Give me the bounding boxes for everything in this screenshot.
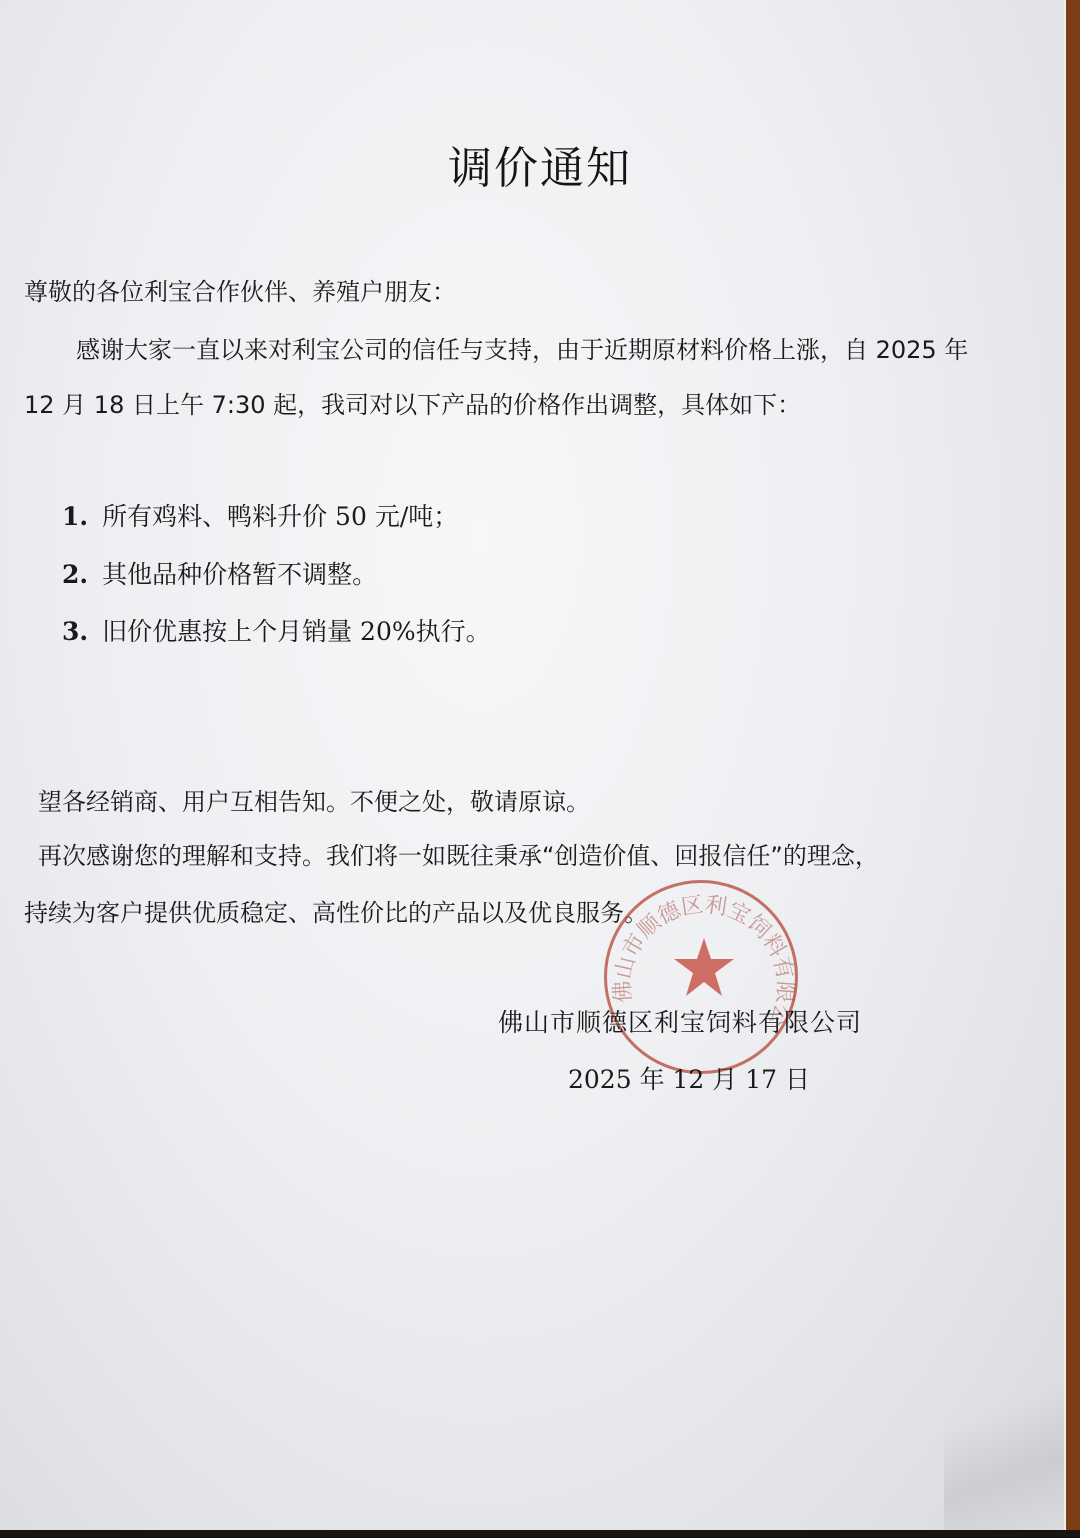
seal-star-icon [672,936,736,998]
greeting: 尊敬的各位利宝合作伙伴、养殖户朋友： [24,272,456,307]
closing-line-2: 再次感谢您的理解和支持。我们将一如既往秉承“创造价值、回报信任”的理念， [38,836,879,871]
list-item: 2.其他品种价格暂不调整。 [62,555,377,591]
document-title: 调价通知 [0,132,1080,196]
closing-line-1: 望各经销商、用户互相告知。不便之处，敬请原谅。 [38,782,590,817]
intro-line-1: 感谢大家一直以来对利宝公司的信任与支持，由于近期原材料价格上涨，自 2025 年 [76,330,968,365]
signature-company: 佛山市顺德区利宝饲料有限公司 [498,1003,862,1039]
list-item: 3.旧价优惠按上个月销量 20%执行。 [62,612,491,648]
intro-line-2: 12 月 18 日上午 7:30 起，我司对以下产品的价格作出调整，具体如下： [24,385,801,420]
list-item: 1.所有鸡料、鸭料升价 50 元/吨； [62,497,458,533]
closing-line-3: 持续为客户提供优质稳定、高性价比的产品以及优良服务。 [24,893,648,928]
bottom-shadow [0,1530,1080,1538]
signature-date: 2025 年 12 月 17 日 [568,1060,810,1096]
paper-sheet: 调价通知 尊敬的各位利宝合作伙伴、养殖户朋友： 感谢大家一直以来对利宝公司的信任… [0,0,1066,1530]
